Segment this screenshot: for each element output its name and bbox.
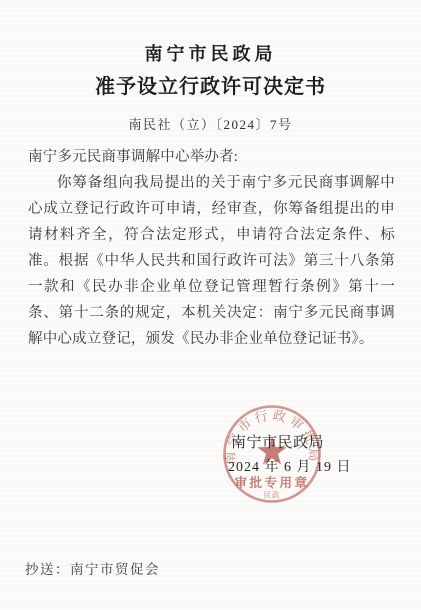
license-decision-document: 南宁市民政局 准予设立行政许可决定书 南民社（立）〔2024〕7号 南宁多元民商… (0, 0, 421, 610)
issuer-title: 南宁市民政局 (0, 0, 421, 66)
document-number: 南民社（立）〔2024〕7号 (0, 114, 421, 133)
seal-banner-text: 审批专用章 (234, 475, 309, 490)
signature-organization: 南宁市民政局 (231, 431, 324, 452)
salutation-line: 南宁多元民商事调解中心举办者: (28, 144, 395, 170)
cc-line: 抄送：南宁市贸促会 (25, 558, 160, 578)
document-title: 准予设立行政许可决定书 (0, 70, 421, 99)
document-body: 南宁多元民商事调解中心举办者: 你筹备组向我局提出的关于南宁多元民商事调解中心成… (28, 144, 395, 352)
seal-category-text: 民政 (264, 490, 281, 500)
body-paragraph: 你筹备组向我局提出的关于南宁多元民商事调解中心成立登记行政许可申请，经审查，你筹… (28, 170, 395, 352)
official-seal: 南宁市行政审批局 审批专用章 民政 (221, 402, 323, 506)
signature-date: 2024 年 6 月 19 日 (228, 456, 352, 476)
